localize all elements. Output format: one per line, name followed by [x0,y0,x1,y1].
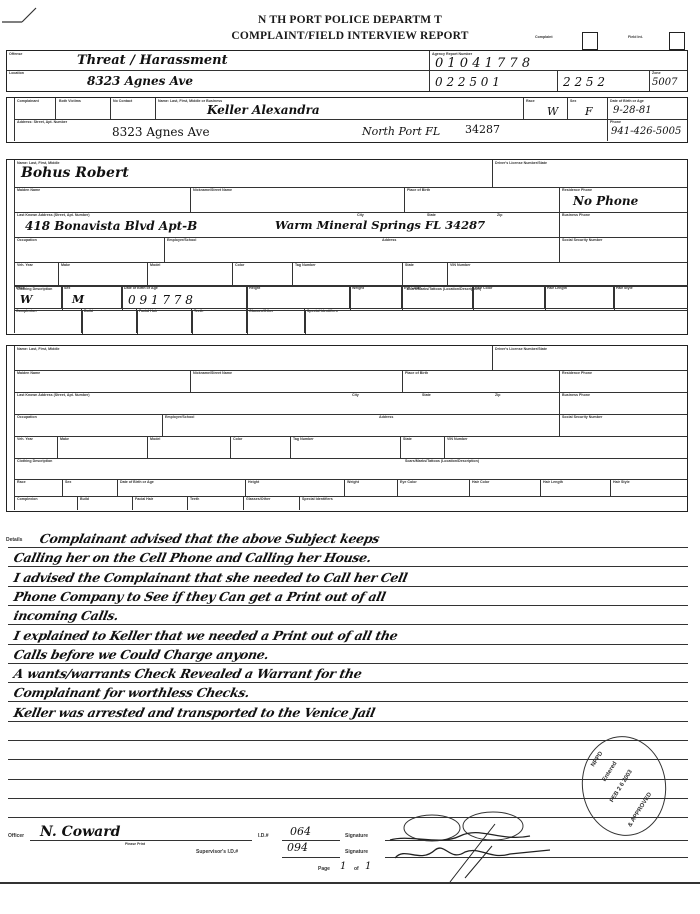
subject1-address-value[interactable]: 418 Bonavista Blvd Apt-B [25,220,197,232]
supervisor-signature-label: Signature [345,850,368,855]
subject1-make-label: Make [61,264,70,268]
subject1-dob-label: Date of Birth or Age [124,287,158,291]
checkbox-complaint-label: Complaint [535,36,553,40]
subject1-address-label: Last Known Address (Street, Apt. Number) [17,214,90,218]
narrative-line[interactable]: I advised the Complainant that she neede… [12,570,408,585]
subject1-glasses-label: Glasses/Other [249,310,273,314]
subject2-veh-year-label: Veh. Year [17,438,33,442]
narrative-rule [8,721,688,722]
subject1-dob-value[interactable]: 0 9 1 7 7 8 [128,294,193,306]
complainant-zip-value[interactable]: 34287 [465,124,500,135]
narrative-rule [8,701,688,702]
stamp-line2: Entered [602,761,619,783]
incident-time-value[interactable]: 2 2 5 2 [563,76,605,88]
subject1-bus-phone-label: Business Phone [562,214,590,218]
page-total-value: 1 [365,862,371,872]
subject2-occupation-label: Occupation [17,416,37,420]
officer-name-value[interactable]: N. Coward [40,825,120,839]
subject1-build-label: Build [84,310,93,314]
subject1-hair-style-label: Hair Style [616,287,633,291]
subject2-color-label: Color [233,438,242,442]
narrative-rule [8,682,688,683]
subject-2-section: Name: Last, First, Middle Driver's Licen… [6,345,688,512]
narrative-line[interactable]: Complainant for worthless Checks. [12,685,251,700]
narrative-line[interactable]: incoming Calls. [12,608,120,623]
subject1-sex-value[interactable]: M [72,294,84,305]
subject2-weight-label: Weight [347,481,359,485]
subject2-veh-state-label: State [403,438,412,442]
subject2-employer-label: Employer/School [165,416,194,420]
zone-label: Zone [652,72,661,76]
subject2-special-label: Special Identifiers [302,498,333,502]
narrative-rule [8,605,688,606]
narrative-rule [8,740,688,741]
subject2-zip-label: Zip [495,394,500,398]
checkbox-field-interview[interactable] [669,32,685,50]
subject1-eye-label: Eye Color [404,287,421,291]
subject2-dl-label: Driver's License Number/State [495,348,547,352]
subject1-descriptors: Race W Sex M Date of Birth or Age 0 9 1 … [6,285,688,335]
subject2-glasses-label: Glasses/Other [246,498,270,502]
subject2-state-label: State [422,394,431,398]
subject1-sex-label: Sex [64,287,70,291]
subject2-race-label: Race [17,481,26,485]
subject2-clothing-label: Clothing Description [17,460,52,464]
complainant-race-value[interactable]: W [547,106,558,117]
subject2-hair-label: Hair Color [472,481,489,485]
subject1-hair-label: Hair Color [475,287,492,291]
complainant-col1-label: Complainant [17,100,39,104]
subject2-identifying-label: Scars/Marks/Tattoos (Location/Descriptio… [405,460,479,464]
complainant-col3-label: No Contact [113,100,132,104]
officer-label: Officer [8,834,24,839]
zone-value[interactable]: 5007 [652,78,677,88]
complainant-sex-value[interactable]: F [585,106,593,117]
subject1-complexion-label: Complexion [16,310,37,314]
offense-value[interactable]: Threat / Harassment [77,54,228,67]
page-of-label: of [354,867,359,872]
subject1-color-label: Color [235,264,244,268]
subject2-city-label: City [352,394,359,398]
checkbox-complaint[interactable] [582,32,598,50]
subject1-hair-length-label: Hair Length [547,287,567,291]
subject1-ssn-label: Social Security Number [562,239,602,243]
subject1-pob-label: Place of Birth [407,189,430,193]
subject1-res-phone-label: Residence Phone [562,189,592,193]
subject2-address-label: Last Known Address (Street, Apt. Number) [17,394,90,398]
incident-date-value[interactable]: 0 2 2 5 0 1 [435,76,500,88]
narrative-rule [8,566,688,567]
narrative-rule [8,624,688,625]
footer-signatures: Officer N. Coward Please Print I.D.# 064… [0,820,700,914]
complainant-phone-value[interactable]: 941-426-5005 [611,127,681,137]
narrative-line[interactable]: Complainant advised that the above Subje… [38,531,380,546]
subject2-make-label: Make [60,438,69,442]
subject2-emp-address-label: Address [379,416,393,420]
stamp-line3: FEB 2 6 2003 [609,769,634,804]
complainant-dob-value[interactable]: 9-28-81 [613,106,652,116]
complainant-dob-label: Date of Birth or Age [610,100,644,104]
subject2-tag-label: Tag Number [293,438,314,442]
report-number-value[interactable]: 0 1 0 4 1 7 7 8 [435,57,530,70]
subject2-build-label: Build [80,498,89,502]
narrative-rule [8,817,688,818]
complainant-race-label: Race [526,100,535,104]
subject1-weight-label: Weight [352,287,364,291]
subject2-maiden-label: Maiden Name [17,372,40,376]
subject2-hair-style-label: Hair Style [613,481,630,485]
narrative-line[interactable]: A wants/warrants Check Revealed a Warran… [12,666,363,681]
subject1-teeth-label: Teeth [194,310,203,314]
department-title: N TH PORT POLICE DEPARTM T [0,14,700,26]
subject2-teeth-label: Teeth [190,498,199,502]
location-value[interactable]: 8323 Agnes Ave [87,75,193,87]
subject2-nickname-label: Nickname/Street Name [193,372,232,376]
narrative-line[interactable]: Phone Company to See if they Can get a P… [12,589,387,604]
narrative-line[interactable]: I explained to Keller that we needed a P… [12,628,399,643]
incident-section: Offense Threat / Harassment Location 832… [6,50,688,92]
subject1-model-label: Model [150,264,160,268]
subject1-name-value[interactable]: Bohus Robert [21,166,129,180]
subject2-hair-length-label: Hair Length [543,481,563,485]
subject1-special-label: Special Identifiers [307,310,338,314]
narrative-line[interactable]: Calling her on the Cell Phone and Callin… [12,550,372,565]
subject1-city-state-zip-value[interactable]: Warm Mineral Springs FL 34287 [275,220,485,232]
narrative-rule [8,547,688,548]
details-label: Details [6,538,22,543]
supervisor-id-value[interactable]: 094 [287,842,308,853]
complainant-address-label: Address: Street, Apt. Number [17,121,67,125]
subject2-ssn-label: Social Security Number [562,416,602,420]
subject1-nickname-label: Nickname/Street Name [193,189,232,193]
subject2-bus-phone-label: Business Phone [562,394,590,398]
subject1-height-label: Height [249,287,260,291]
supervisor-id-label: Supervisor's I.D.# [196,850,238,855]
page-label: Page [318,867,330,872]
narrative-rule [8,663,688,664]
subject1-veh-state-label: State [405,264,414,268]
subject1-employer-label: Employer/School [167,239,196,243]
stamp-line1: NPPD [590,751,604,768]
subject2-height-label: Height [248,481,259,485]
subject2-sex-label: Sex [65,481,71,485]
complainant-name-value[interactable]: Keller Alexandra [207,104,320,116]
complainant-phone-label: Phone [610,121,621,125]
signature-scribbles [380,806,570,886]
subject2-vin-label: VIN Number [447,438,468,442]
officer-id-label: I.D.# [258,834,269,839]
subject1-zip-label: Zip [497,214,502,218]
narrative-rule [8,644,688,645]
officer-print-sublabel: Please Print [125,843,145,847]
subject1-facial-hair-label: Facial Hair [139,310,157,314]
location-label: Location [9,72,24,76]
complainant-sex-label: Sex [570,100,576,104]
subject1-race-value[interactable]: W [20,294,32,305]
officer-signature-label: Signature [345,834,368,839]
complainant-section: Complainant Both Victims No Contact Name… [6,97,688,143]
subject2-pob-label: Place of Birth [405,372,428,376]
complainant-col2-label: Both Victims [59,100,81,104]
subject1-occupation-label: Occupation [17,239,37,243]
subject1-vin-label: VIN Number [450,264,471,268]
subject1-dl-label: Driver's License Number/State [495,162,547,166]
subject2-complexion-label: Complexion [17,498,38,502]
checkbox-field-interview-label: Field Int. [628,36,643,40]
subject2-eye-label: Eye Color [400,481,417,485]
subject1-emp-address-label: Address [382,239,396,243]
subject2-model-label: Model [150,438,160,442]
page-current-value: 1 [340,862,346,872]
subject1-race-label: Race [16,287,25,291]
narrative-rule [8,586,688,587]
subject2-name-label: Name: Last, First, Middle [17,348,60,352]
subject2-facial-hair-label: Facial Hair [135,498,153,502]
subject1-veh-year-label: Veh. Year [17,264,33,268]
complainant-city-value[interactable]: North Port FL [362,126,440,137]
narrative-line[interactable]: Keller was arrested and transported to t… [12,705,376,720]
subject1-res-phone-value[interactable]: No Phone [573,195,638,207]
complainant-address-value[interactable]: 8323 Agnes Ave [112,126,210,138]
narrative-line[interactable]: Calls before we Could Charge anyone. [12,647,270,662]
subject1-maiden-label: Maiden Name [17,189,40,193]
offense-label: Offense [9,53,22,57]
subject1-tag-label: Tag Number [295,264,316,268]
subject2-dob-label: Date of Birth or Age [120,481,154,485]
subject2-res-phone-label: Residence Phone [562,372,592,376]
officer-id-value[interactable]: 064 [290,826,311,837]
